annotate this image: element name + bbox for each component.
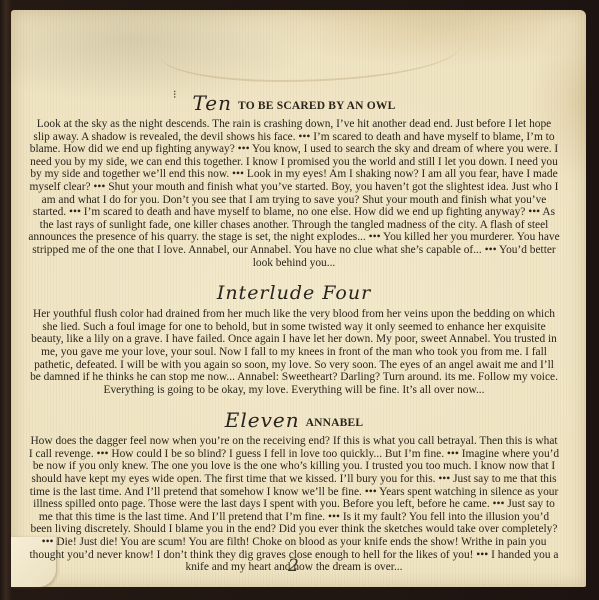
lyrics-paragraph: Look at the sky as the night descends. T… bbox=[28, 118, 560, 269]
script-title: Eleven bbox=[225, 409, 300, 431]
song-title: ANNABEL bbox=[306, 415, 364, 431]
section-ten: Ten TO BE SCARED BY AN OWL Look at the s… bbox=[28, 88, 560, 269]
section-eleven: Eleven ANNABEL How does the dagger feel … bbox=[28, 405, 560, 574]
lyrics-content: Ten TO BE SCARED BY AN OWL Look at the s… bbox=[28, 80, 560, 574]
section-heading: Interlude Four bbox=[28, 278, 560, 304]
song-title: TO BE SCARED BY AN OWL bbox=[238, 98, 395, 114]
script-title: Ten bbox=[193, 92, 233, 114]
lyrics-paragraph: Her youthful flush color had drained fro… bbox=[28, 308, 560, 396]
water-stain bbox=[161, 20, 461, 82]
script-title: Interlude Four bbox=[217, 282, 371, 304]
page-number: 2 bbox=[288, 556, 299, 576]
section-heading: Eleven ANNABEL bbox=[28, 405, 560, 431]
lyrics-paragraph: How does the dagger feel now when you’re… bbox=[28, 435, 560, 574]
section-heading: Ten TO BE SCARED BY AN OWL bbox=[28, 88, 560, 114]
section-interlude-four: Interlude Four Her youthful flush color … bbox=[28, 278, 560, 396]
